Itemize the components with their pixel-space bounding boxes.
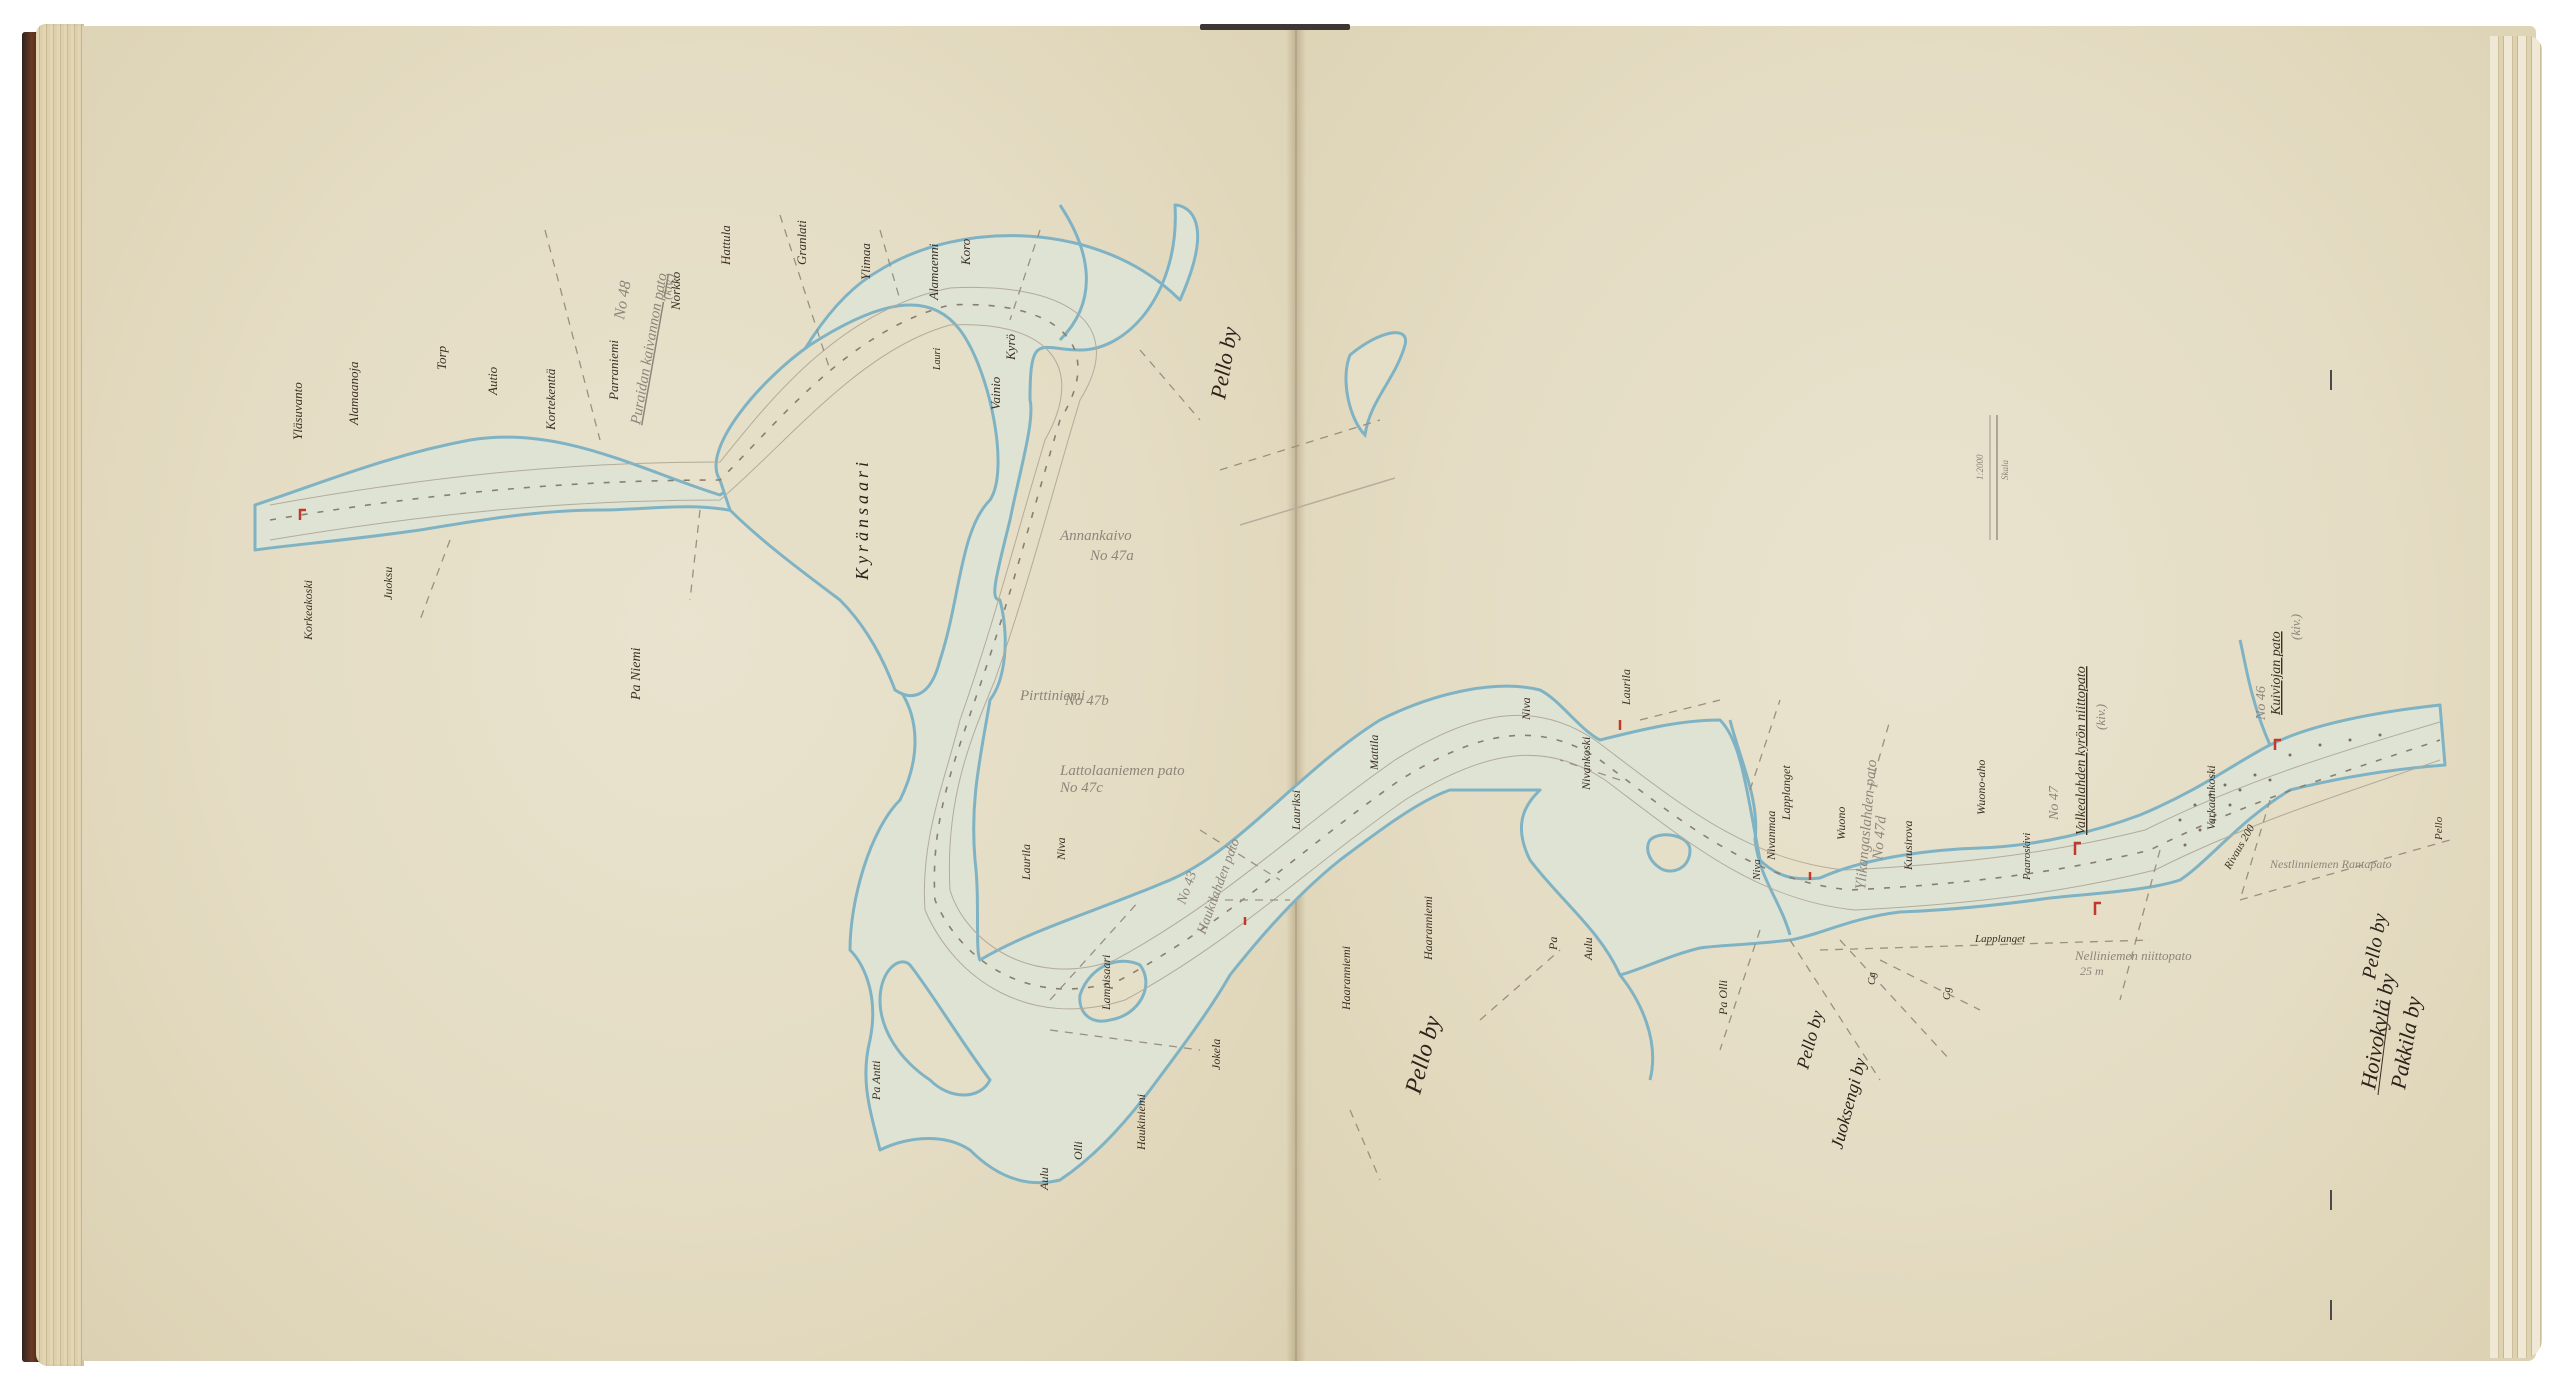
place-label: Mattila xyxy=(1367,735,1381,771)
island-label: Kyränsaari xyxy=(852,458,872,581)
place-label: Haaranniemi xyxy=(1339,946,1353,1011)
label-upper-bank: Torp xyxy=(434,345,449,370)
place-label: Lauriksi xyxy=(1289,790,1303,831)
svg-text:25 m: 25 m xyxy=(2080,964,2104,978)
svg-text:Lattolaaniemen pato: Lattolaaniemen pato xyxy=(1059,763,1185,779)
open-atlas-book: 1:2000 Skala Yläsuvanto Alamaanoja Torp … xyxy=(0,0,2560,1379)
place-label: Wuono xyxy=(1834,807,1848,840)
svg-text:No 48: No 48 xyxy=(611,280,635,322)
place-label: Haaranniemi xyxy=(1421,896,1435,961)
scale-caption: Skala xyxy=(2000,460,2010,480)
label-upper-bank: Alamaenni xyxy=(926,243,941,301)
svg-text:Kuiviojan pato: Kuiviojan pato xyxy=(2269,631,2284,716)
place-label: Lampisaari xyxy=(1099,955,1113,1011)
village-label: Juoksengi by xyxy=(1827,1056,1871,1151)
label-upper-bank: Hattula xyxy=(718,225,733,266)
place-label: Olli xyxy=(1071,1141,1085,1160)
place-label: Paaroskivi xyxy=(2021,833,2033,881)
label-upper-bank: Yläsuvanto xyxy=(290,382,305,440)
svg-text:No 47: No 47 xyxy=(2047,785,2062,821)
place-label: Niva xyxy=(1751,859,1763,881)
place-label: Cg xyxy=(1941,987,1953,1000)
label-upper-bank: Parraniemi xyxy=(606,340,621,401)
river-channel xyxy=(255,205,2445,1183)
place-label: Korkeakoski xyxy=(301,580,315,641)
island-lauri xyxy=(1346,333,1406,435)
place-label: Pa xyxy=(1546,937,1560,951)
label-upper-bank: Lauri xyxy=(932,348,943,371)
dam-47-labels: Annankaivo No 47a Pirttiniemi No 47b Lat… xyxy=(1019,528,1185,796)
place-label: Lapplanget xyxy=(1974,933,2026,945)
place-label: Aulu xyxy=(1581,937,1595,961)
label-upper-bank: Kortekenttä xyxy=(543,368,558,431)
label-upper-bank: Alamaanoja xyxy=(346,361,361,426)
village-label-pello: Pello by xyxy=(1400,1013,1446,1098)
place-label: Haukiniemi xyxy=(1134,1094,1148,1151)
village-label-pello: Pello by xyxy=(2358,912,2391,982)
place-label: Wuono-aho xyxy=(1974,760,1988,815)
place-label: Varkaankoski xyxy=(2204,765,2218,830)
label-upper-bank: Ylimaa xyxy=(858,243,873,280)
river-map: 1:2000 Skala Yläsuvanto Alamaanoja Torp … xyxy=(0,0,2560,1379)
svg-text:No 47d: No 47d xyxy=(1870,815,1890,861)
svg-text:(kiv.): (kiv.) xyxy=(2093,704,2108,730)
place-label: Pa Olli xyxy=(1716,980,1730,1016)
svg-text:No 47a: No 47a xyxy=(1089,548,1134,564)
place-label: Pello xyxy=(2433,816,2445,841)
label-upper-bank: Kyrö xyxy=(1003,334,1018,362)
village-label-pello: Pello by xyxy=(1792,1008,1827,1072)
pencil-line xyxy=(1240,478,1395,525)
place-label: Niva xyxy=(1054,837,1068,861)
scale-bar: 1:2000 Skala xyxy=(1975,415,2010,540)
place-label: Pa Antti xyxy=(869,1061,883,1101)
label-upper-bank: Autio xyxy=(485,366,500,396)
label-upper-bank: Koro xyxy=(958,238,973,266)
place-label: Juoksu xyxy=(381,567,395,600)
svg-text:Annankaivo: Annankaivo xyxy=(1059,528,1132,544)
village-label-pello: Pello by xyxy=(1205,325,1242,402)
place-label: Aulu xyxy=(1037,1167,1051,1191)
svg-text:No 47b: No 47b xyxy=(1064,693,1109,709)
place-label: Nivankoski xyxy=(1579,737,1593,791)
label-upper-bank: Granlati xyxy=(794,220,809,265)
svg-text:(kiv.): (kiv.) xyxy=(2288,614,2303,640)
place-label: Niva xyxy=(1519,697,1533,721)
place-label: Pa Niemi xyxy=(629,647,644,701)
svg-text:Valkealahden kyrön niittopato: Valkealahden kyrön niittopato xyxy=(2074,666,2089,835)
place-label: Cg xyxy=(1866,972,1878,985)
place-label: Laurila xyxy=(1019,844,1033,881)
dam-47e-label: No 47 Valkealahden kyrön niittopato (kiv… xyxy=(2047,666,2108,835)
svg-text:Nelliniemen niittopato: Nelliniemen niittopato xyxy=(2074,948,2192,963)
dam-46-label: No 46 Kuiviojan pato (kiv.) xyxy=(2254,614,2303,721)
svg-text:No 47c: No 47c xyxy=(1059,780,1103,796)
place-label: Nivanmaa xyxy=(1764,811,1778,861)
svg-text:Nestlinniemen Rantapato: Nestlinniemen Rantapato xyxy=(2269,857,2392,871)
scale-label: 1:2000 xyxy=(1975,454,1985,480)
place-label: Kuusirova xyxy=(1901,820,1915,871)
label-upper-bank: Vainio xyxy=(988,376,1003,410)
place-label: Jokela xyxy=(1209,1039,1223,1070)
dam-44-label: Nestlinniemen Rantapato xyxy=(2269,857,2392,871)
dam-45-label: Nelliniemen niittopato 25 m xyxy=(2074,948,2192,978)
place-label: Laurila xyxy=(1619,669,1633,706)
place-label: Lapplanget xyxy=(1779,765,1793,821)
svg-text:No 46: No 46 xyxy=(2254,686,2269,721)
